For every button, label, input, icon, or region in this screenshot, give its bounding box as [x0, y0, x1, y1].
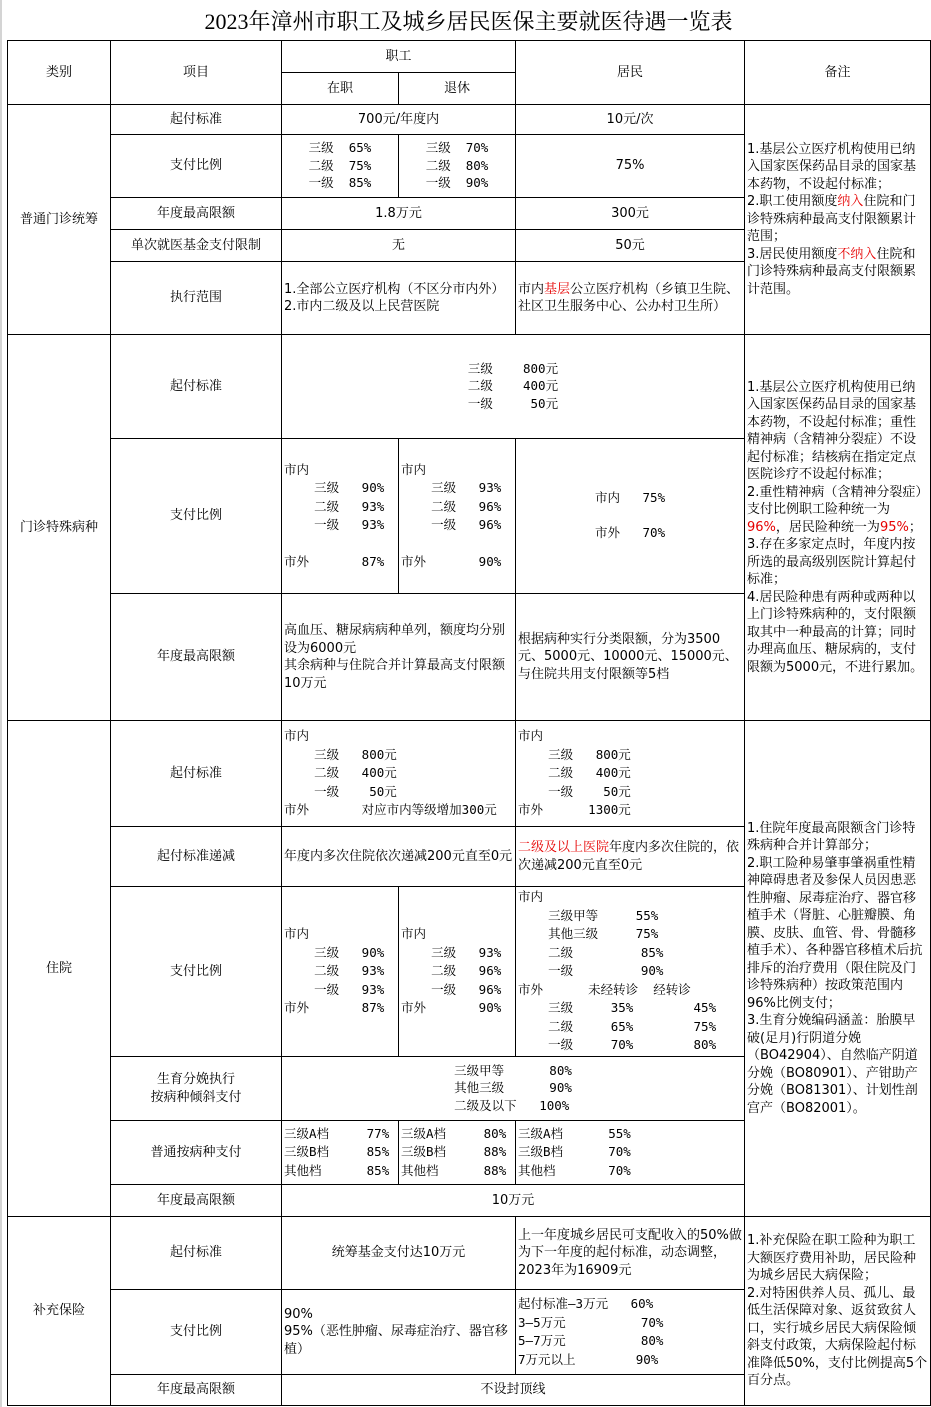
header-employee-active: 在职 — [282, 73, 399, 105]
resident-value: 300元 — [516, 198, 745, 230]
highlight-text: 纳入 — [837, 194, 863, 209]
employee-value: 1.8万元 — [282, 198, 516, 230]
highlight-text: 95% — [880, 520, 909, 535]
item-label: 起付标准 — [111, 335, 282, 439]
item-label: 支付比例 — [111, 887, 282, 1057]
sheet-gridline-left — [0, 0, 2, 1407]
employee-value: 无 — [282, 230, 516, 262]
header-employee-retired: 退休 — [399, 73, 516, 105]
remarks-supplementary: 1.补充保险在职工险种为职工大额医疗费用补助，居民险种为城乡居民大病保险； 2.… — [745, 1217, 931, 1406]
remark-text: 2.职工险种易肇事肇祸重性精神障碍患者及参保人员因患恶性肿瘤、尿毒症治疗、器官移… — [747, 855, 928, 1013]
employee-value: 年度内多次住院依次递减200元直至0元 — [282, 827, 516, 887]
resident-value: 根据病种实行分类限额，分为3500元、5000元、10000元、15000元、与… — [516, 594, 745, 721]
item-label: 年度最高限额 — [111, 1185, 282, 1217]
item-label: 支付比例 — [111, 1290, 282, 1375]
item-label: 生育分娩执行 按病种倾斜支付 — [111, 1057, 282, 1121]
remark-text: 2.重性精神病（含精神分裂症）支付比例职工险种统一为96%，居民险种统一为95%… — [747, 484, 928, 537]
item-label: 支付比例 — [111, 135, 282, 198]
header-category: 类别 — [8, 41, 111, 105]
category-inpatient: 住院 — [8, 721, 111, 1217]
remark-text: 2.职工使用额度纳入住院和门诊特殊病种最高支付限额累计范围； — [747, 193, 928, 246]
highlight-text: 基层 — [544, 282, 570, 297]
item-label: 起付标准 — [111, 721, 282, 827]
resident-value: 二级及以上医院年度内多次住院的，依次递减200元直至0元 — [516, 827, 745, 887]
active-value: 市内 三级 90% 二级 93% 一级 93% 市外 87% — [284, 926, 384, 1015]
employee-value: 高血压、糖尿病病种单列，额度均分别设为6000元 其余病种与住院合并计算最高支付… — [282, 594, 516, 721]
item-label: 年度最高限额 — [111, 1375, 282, 1406]
employee-value: 市内 三级 800元 二级 400元 一级 50元 市外 对应市内等级增加300… — [284, 728, 497, 817]
resident-value: 市内 三级 800元 二级 400元 一级 50元 市外 1300元 — [518, 728, 631, 817]
employee-value: 90% 95%（恶性肿瘤、尿毒症治疗、器官移植） — [282, 1290, 516, 1375]
header-item: 项目 — [111, 41, 282, 105]
highlight-text: 二级及以上医院 — [518, 840, 609, 855]
remark-text: 2.对特困供养人员、孤儿、最低生活保障对象、返贫致贫人口，实行城乡居民大病保险倾… — [747, 1285, 928, 1390]
table-row: 门诊特殊病种 起付标准 三级 800元 二级 400元 一级 50元 1.基层公… — [8, 335, 931, 439]
remark-text: 1.补充保险在职工险种为职工大额医疗费用补助，居民险种为城乡居民大病保险； — [747, 1232, 928, 1285]
remarks-inpatient: 1.住院年度最高限额含门诊特殊病种合并计算部分； 2.职工险种易肇事肇祸重性精神… — [745, 721, 931, 1217]
resident-value: 起付标准—3万元 60% 3—5万元 70% 5—7万元 80% 7万元以上 9… — [518, 1296, 663, 1367]
header-remarks: 备注 — [745, 41, 931, 105]
category-supplementary: 补充保险 — [8, 1217, 111, 1406]
remark-text: 3.居民使用额度不纳入住院和门诊特殊病种最高支付限额累计范围。 — [747, 246, 928, 299]
remark-text: 3.生育分娩编码涵盖：胎膜早破(足月)行阴道分娩（BO42904）、自然临产阴道… — [747, 1012, 928, 1117]
item-label: 单次就医基金支付限制 — [111, 230, 282, 262]
remark-text: 1.基层公立医疗机构使用已纳入国家医保药品目录的国家基本药物，不设起付标准；重性… — [747, 379, 928, 484]
resident-value: 市内 75% 市外 70% — [595, 489, 665, 542]
resident-value: 三级A档 55% 三级B档 70% 其他档 70% — [518, 1126, 631, 1178]
remark-text: 1.住院年度最高限额含门诊特殊病种合并计算部分； — [747, 820, 928, 855]
item-label: 起付标准递减 — [111, 827, 282, 887]
all-value: 10万元 — [282, 1185, 745, 1217]
highlight-text: 96% — [747, 520, 776, 535]
remark-text: 3.存在多家定点时，年度内按所选的最高级别医院计算起付标准； — [747, 536, 928, 589]
all-value: 三级甲等 80% 其他三级 90% 二级及以下 100% — [454, 1062, 572, 1115]
resident-value: 市内 三级甲等 55% 其他三级 75% 二级 85% 一级 90% 市外 未经… — [518, 889, 716, 1052]
remark-text: 4.居民险种患有两种或两种以上门诊特殊病种的，支付限额取其中一种最高的计算；同时… — [747, 589, 928, 677]
all-value: 三级 800元 二级 400元 一级 50元 — [468, 360, 558, 413]
item-label: 执行范围 — [111, 262, 282, 335]
resident-value: 10元/次 — [516, 105, 745, 135]
retired-value: 市内 三级 93% 二级 96% 一级 96% 市外 90% — [401, 462, 501, 570]
header-employee: 职工 — [282, 41, 516, 73]
resident-value: 市内基层公立医疗机构（乡镇卫生院、社区卫生服务中心、公办村卫生所） — [516, 262, 745, 335]
resident-value: 上一年度城乡居民可支配收入的50%做为下一年度的起付标准，动态调整，2023年为… — [516, 1217, 745, 1290]
item-label: 年度最高限额 — [111, 198, 282, 230]
retired-value: 三级 70% 二级 80% 一级 90% — [426, 139, 489, 192]
item-label: 年度最高限额 — [111, 594, 282, 721]
retired-value: 三级A档 80% 三级B档 88% 其他档 88% — [401, 1126, 506, 1178]
remarks-general-outpatient: 1.基层公立医疗机构使用已纳入国家医保药品目录的国家基本药物，不设起付标准； 2… — [745, 105, 931, 335]
item-label: 起付标准 — [111, 105, 282, 135]
header-resident: 居民 — [516, 41, 745, 105]
page-title: 2023年漳州市职工及城乡居民医保主要就医待遇一览表 — [8, 0, 929, 40]
item-label: 支付比例 — [111, 439, 282, 594]
all-value: 不设封顶线 — [282, 1375, 745, 1406]
remarks-special-outpatient: 1.基层公立医疗机构使用已纳入国家医保药品目录的国家基本药物，不设起付标准；重性… — [745, 335, 931, 721]
retired-value: 市内 三级 93% 二级 96% 一级 96% 市外 90% — [401, 926, 501, 1015]
table-row: 普通门诊统筹 起付标准 700元/年度内 10元/次 1.基层公立医疗机构使用已… — [8, 105, 931, 135]
employee-value: 统筹基金支付达10万元 — [282, 1217, 516, 1290]
highlight-text: 不纳入 — [837, 247, 876, 262]
table-row: 补充保险 起付标准 统筹基金支付达10万元 上一年度城乡居民可支配收入的50%做… — [8, 1217, 931, 1290]
benefits-table: 类别 项目 职工 居民 备注 在职 退休 普通门诊统筹 起付标准 700元/年度… — [7, 40, 931, 1406]
active-value: 三级A档 77% 三级B档 85% 其他档 85% — [284, 1126, 389, 1178]
employee-value: 700元/年度内 — [282, 105, 516, 135]
category-special-outpatient: 门诊特殊病种 — [8, 335, 111, 721]
header-row-1: 类别 项目 职工 居民 备注 — [8, 41, 931, 73]
remark-text: 1.基层公立医疗机构使用已纳入国家医保药品目录的国家基本药物，不设起付标准； — [747, 141, 928, 194]
table-row: 住院 起付标准 市内 三级 800元 二级 400元 一级 50元 市外 对应市… — [8, 721, 931, 827]
employee-value: 1.全部公立医疗机构（不区分市内外） 2.市内二级及以上民营医院 — [282, 262, 516, 335]
item-label: 普通按病种支付 — [111, 1121, 282, 1185]
item-label: 起付标准 — [111, 1217, 282, 1290]
category-general-outpatient: 普通门诊统筹 — [8, 105, 111, 335]
resident-value: 50元 — [516, 230, 745, 262]
active-value: 三级 65% 二级 75% 一级 85% — [309, 139, 372, 192]
active-value: 市内 三级 90% 二级 93% 一级 93% 市外 87% — [284, 462, 384, 570]
resident-value: 75% — [516, 135, 745, 198]
